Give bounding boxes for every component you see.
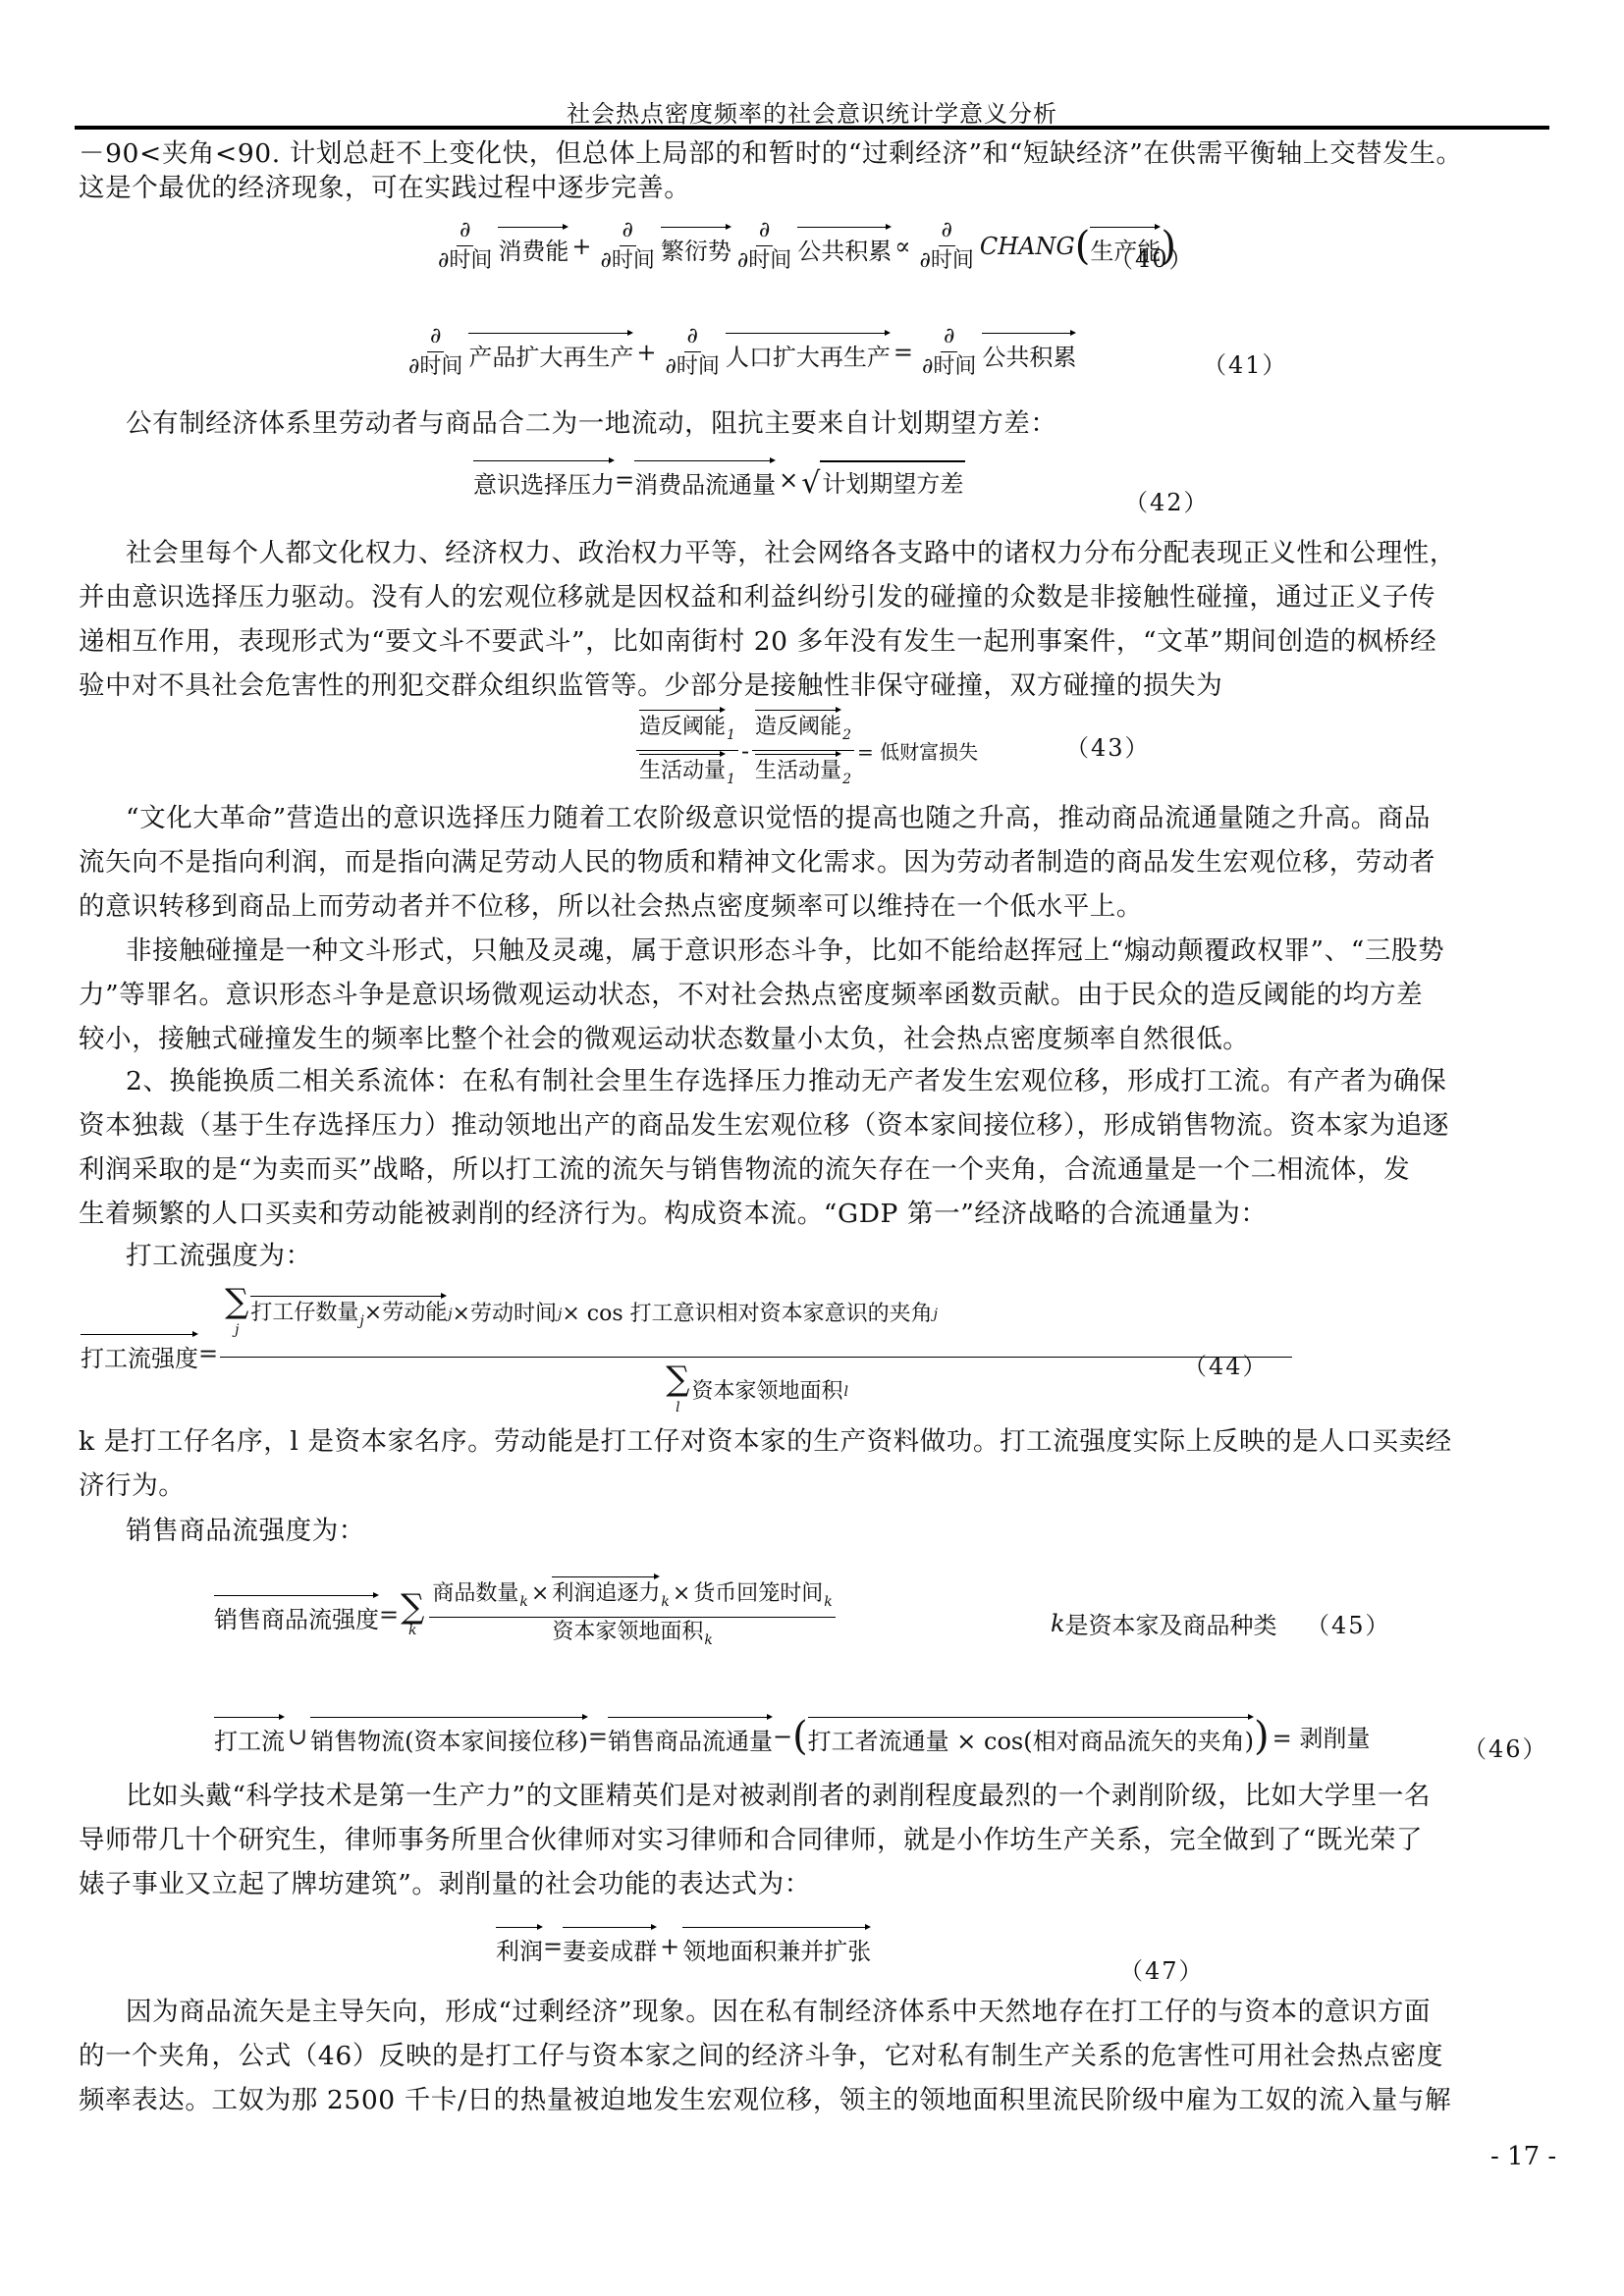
equation-number: （41） xyxy=(1203,346,1288,380)
text-line: 的一个夹角，公式（46）反映的是打工仔与资本家之间的经济斗争，它对私有制生产关系… xyxy=(79,2040,1551,2073)
text-line: 力”等罪名。意识形态斗争是意识场微观运动状态，不对社会热点密度频率函数贡献。由于… xyxy=(79,979,1551,1012)
text-line: “文化大革命”营造出的意识选择压力随着工农阶级意识觉悟的提高也随之升高，推动商品… xyxy=(126,802,1551,835)
text-line: 利润采取的是“为卖而买”战略，所以打工流的流矢与销售物流的流矢存在一个夹角，合流… xyxy=(79,1153,1551,1187)
text-line: 较小，接触式碰撞发生的频率比整个社会的微观运动状态数量小太负，社会热点密度频率自… xyxy=(79,1023,1551,1056)
equation-number: （47） xyxy=(1119,1951,1205,1986)
text-line: 2、换能换质二相关系流体：在私有制社会里生存选择压力推动无产者发生宏观位移，形成… xyxy=(126,1065,1551,1098)
equation-43: 造反阈能1生活动量1 - 造反阈能2生活动量2 = 低财富损失 xyxy=(633,709,978,792)
text-line: k 是打工仔名序，l 是资本家名序。劳动能是打工仔对资本家的生产资料做功。打工流… xyxy=(79,1425,1551,1459)
equation-44: 打工流强度= ∑j 打工仔数量j×劳动能j ×劳动时间j × cos 打工意识相… xyxy=(81,1286,1294,1420)
equation-number: （40） xyxy=(1110,240,1195,274)
equation-number: （43） xyxy=(1065,728,1151,763)
text-line: 销售商品流强度为： xyxy=(126,1515,1551,1548)
text-line: 的意识转移到商品上而劳动者并不位移，所以社会热点密度频率可以维持在一个低水平上。 xyxy=(79,890,1551,924)
text-line: 导师带几十个研究生，律师事务所里合伙律师对实习律师和合同律师，就是小作坊生产关系… xyxy=(79,1824,1551,1857)
text-line: －90<夹角<90. 计划总赶不上变化快，但总体上局部的和暂时的“过剩经济”和“… xyxy=(79,137,1551,171)
text-line: 并由意识选择压力驱动。没有人的宏观位移就是因权益和利益纠纷引发的碰撞的众数是非接… xyxy=(79,581,1551,614)
page-number: - 17 - xyxy=(1490,2142,1556,2171)
text-line: 生着频繁的人口买卖和劳动能被剥削的经济行为。构成资本流。“GDP 第一”经济战略… xyxy=(79,1198,1551,1231)
equation-45-note: k是资本家及商品种类 xyxy=(1051,1606,1277,1640)
equation-number: （44） xyxy=(1183,1347,1269,1381)
equation-47: 利润= 妻妾成群+ 领地面积兼并扩张 xyxy=(496,1926,871,1966)
text-line: 这是个最优的经济现象，可在实践过程中逐步完善。 xyxy=(79,172,1551,205)
equation-45: 销售商品流强度= ∑k 商品数量k×利润追逐力k×货币回笼时间k 资本家领地面积… xyxy=(214,1575,839,1653)
equation-40: ∂∂时间 消费能+ ∂∂时间 繁衍势 ∂∂时间 公共积累∝ ∂∂时间 CHANG… xyxy=(432,218,1176,274)
text-line: 验中对不具社会危害性的刑犯交群众组织监管等。少部分是接触性非保守碰撞，双方碰撞的… xyxy=(79,669,1551,703)
text-line: 社会里每个人都文化权力、经济权力、政治权力平等，社会网络各支路中的诸权力分布分配… xyxy=(126,537,1551,570)
equation-number: （46） xyxy=(1463,1730,1548,1764)
equation-number: （42） xyxy=(1124,483,1210,517)
text-line: 济行为。 xyxy=(79,1469,1551,1503)
text-line: 资本独裁（基于生存选择压力）推动领地出产的商品发生宏观位移（资本家间接位移），形… xyxy=(79,1109,1551,1143)
equation-number: （45） xyxy=(1306,1606,1391,1640)
text-line: 非接触碰撞是一种文斗形式，只触及灵魂，属于意识形态斗争，比如不能给赵挥冠上“煽动… xyxy=(126,934,1551,968)
running-header: 社会热点密度频率的社会意识统计学意义分析 xyxy=(0,94,1624,129)
text-line: 打工流强度为： xyxy=(126,1240,1551,1273)
text-line: 比如头戴“科学技术是第一生产力”的文匪精英们是对被剥削者的剥削程度最烈的一个剥削… xyxy=(126,1780,1551,1813)
text-line: 婊子事业又立起了牌坊建筑”。剥削量的社会功能的表达式为： xyxy=(79,1868,1551,1901)
equation-42: 意识选择压力= 消费品流通量× √计划期望方差 xyxy=(473,459,965,500)
header-rule xyxy=(75,126,1549,130)
text-line: 公有制经济体系里劳动者与商品合二为一地流动，阻抗主要来自计划期望方差： xyxy=(126,407,1551,441)
equation-41: ∂∂时间 产品扩大再生产+ ∂∂时间 人口扩大再生产= ∂∂时间 公共积累 xyxy=(403,324,1076,380)
equation-46: 打工流∪ 销售物流(资本家间接位移)= 销售商品流通量− (打工者流通量 × c… xyxy=(214,1716,1373,1756)
text-line: 频率表达。工奴为那 2500 千卡/日的热量被迫地发生宏观位移，领主的领地面积里… xyxy=(79,2084,1551,2117)
text-line: 递相互作用，表现形式为“要文斗不要武斗”，比如南街村 20 多年没有发生一起刑事… xyxy=(79,625,1551,659)
text-line: 因为商品流矢是主导矢向，形成“过剩经济”现象。因在私有制经济体系中天然地存在打工… xyxy=(126,1996,1551,2029)
text-line: 流矢向不是指向利润，而是指向满足劳动人民的物质和精神文化需求。因为劳动者制造的商… xyxy=(79,846,1551,880)
